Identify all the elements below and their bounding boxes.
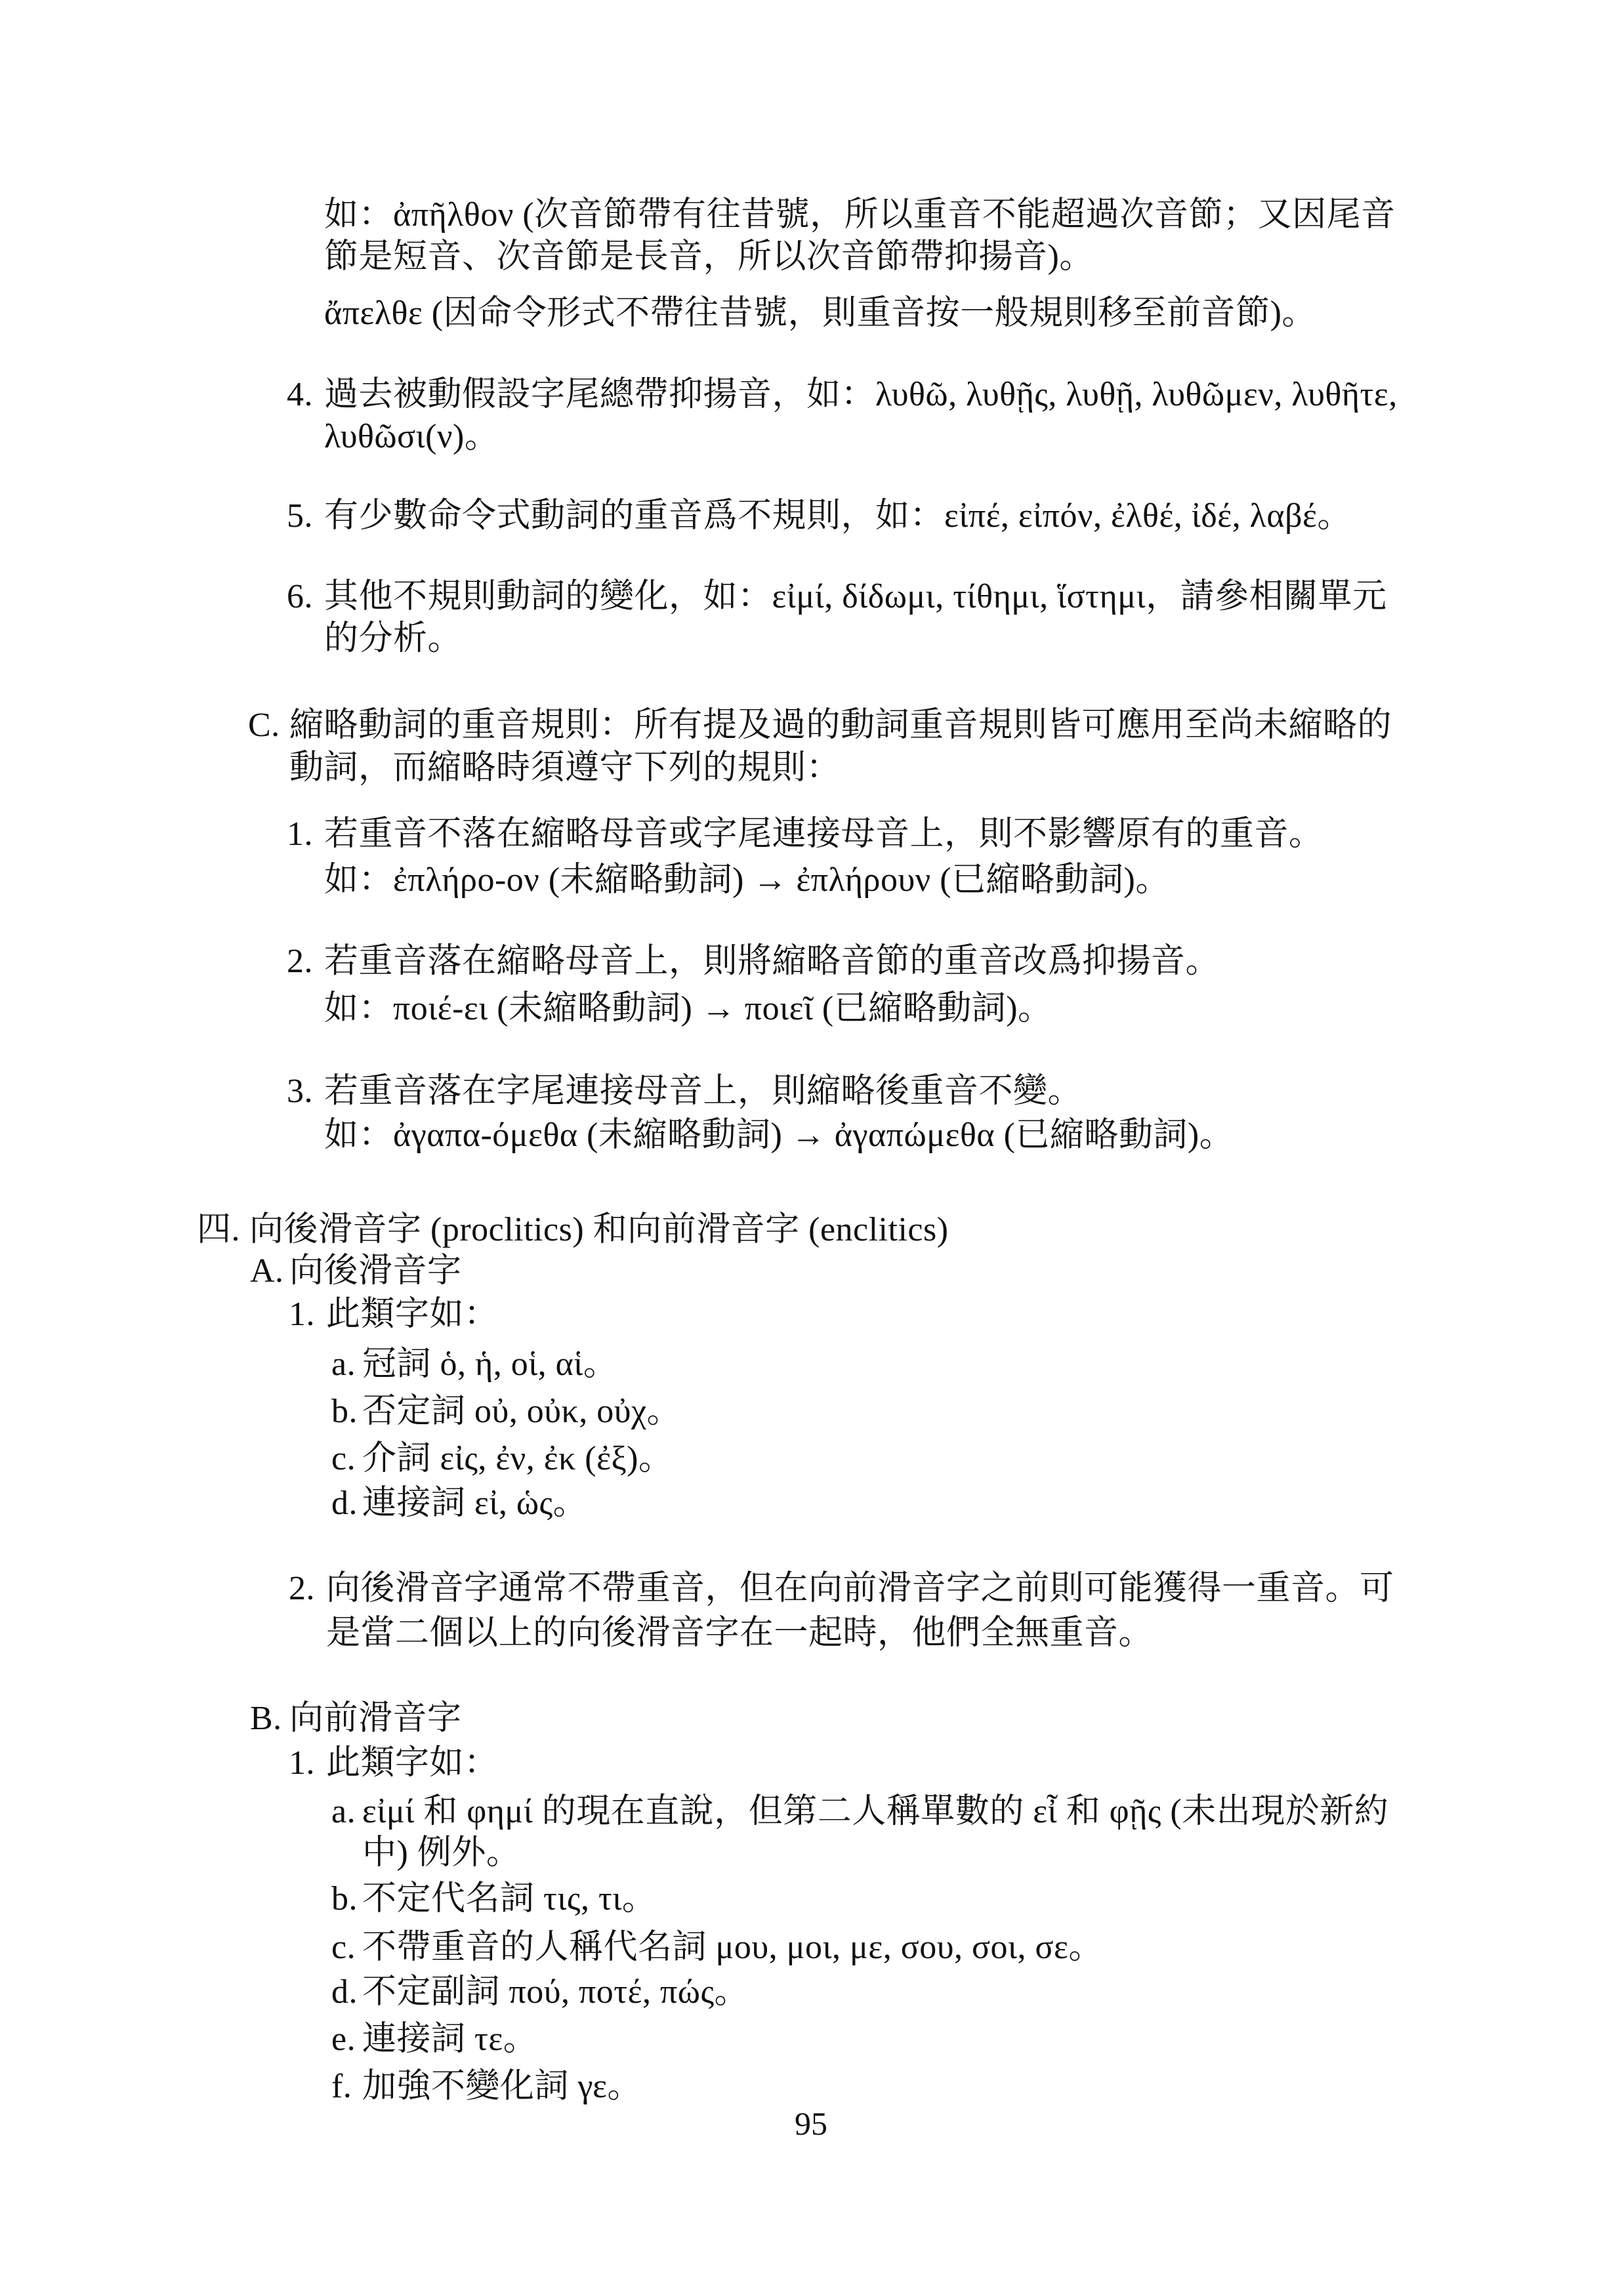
item-letter: b. — [331, 1391, 362, 1433]
item-number: 1. — [289, 1742, 326, 1784]
paragraph-text: 向後滑音字 — [289, 1252, 462, 1290]
item-number: 2. — [289, 1568, 326, 1610]
item-letter: a. — [331, 1791, 362, 1833]
list-item-4: 4.過去被動假設字尾總帶抑揚音，如：λυθῶ, λυθῇς, λυθῇ, λυθ… — [287, 374, 1398, 416]
paragraph-text: 動詞，而縮略時須遵守下列的規則： — [289, 749, 841, 787]
paragraph-text: 此類字如： — [326, 1296, 499, 1333]
section-label: B. — [250, 1698, 289, 1740]
item-number: 2. — [287, 941, 324, 983]
paragraph-text: 有少數命令式動詞的重音爲不規則，如：εἰπέ, εἰπόν, ἐλθέ, ἰδέ… — [324, 497, 1352, 535]
paragraph-text: 若重音不落在縮略母音或字尾連接母音上，則不影響原有的重音。 — [324, 815, 1323, 853]
paragraph-text: 連接詞 τε。 — [362, 2020, 537, 2058]
list-item-1: 1.此類字如： — [289, 1742, 499, 1784]
paragraph-text: 如：ἐπλήρο-ον (未縮略動詞) → ἐπλήρουν (已縮略動詞)。 — [324, 861, 1170, 899]
example-line: ἄπελθε (因命令形式不帶往昔號，則重音按一般規則移至前音節)。 — [324, 293, 1316, 335]
paragraph-text: 向前滑音字 — [289, 1700, 462, 1737]
paragraph-text: 連接詞 εἰ, ὡς。 — [362, 1485, 587, 1522]
item-number: 1. — [287, 813, 324, 855]
section-label: A. — [250, 1250, 289, 1292]
item-letter: d. — [331, 1971, 362, 2013]
paragraph-text: 向後滑音字 (proclitics) 和向前滑音字 (enclitics) — [249, 1211, 949, 1248]
list-item-5: 5.有少數命令式動詞的重音爲不規則，如：εἰπέ, εἰπόν, ἐλθέ, ἰ… — [287, 495, 1352, 537]
list-subitem-a-continued: 中) 例外。 — [362, 1832, 520, 1874]
example-line-continued: 節是短音、次音節是長音，所以次音節帶抑揚音)。 — [324, 236, 1094, 278]
paragraph-text: 其他不規則動詞的變化，如：εἰμί, δίδωμι, τίθημι, ἵστημ… — [324, 578, 1387, 615]
list-item-2-continued: 是當二個以上的向後滑音字在一起時，他們全無重音。 — [326, 1612, 1153, 1654]
paragraph-text: 介詞 εἰς, ἐν, ἐκ (ἐξ)。 — [362, 1440, 673, 1477]
paragraph-text: 如：ποιέ-ει (未縮略動詞) → ποιεῖ (已縮略動詞)。 — [324, 990, 1052, 1027]
list-item-4-continued: λυθῶσι(ν)。 — [324, 416, 499, 458]
paragraph-text: 向後滑音字通常不帶重音，但在向前滑音字之前則可能獲得一重音。可 — [326, 1570, 1394, 1607]
section-four-heading: 四.向後滑音字 (proclitics) 和向前滑音字 (enclitics) — [197, 1209, 949, 1251]
list-subitem-b: b.不定代名詞 τις, τι。 — [331, 1878, 656, 1920]
section-label: 四. — [197, 1209, 249, 1251]
example-line: 如：ἀπῆλθον (次音節帶有往昔號，所以重音不能超過次音節；又因尾音 — [324, 194, 1396, 236]
item-number: 3. — [287, 1071, 324, 1113]
paragraph-text: 若重音落在縮略母音上，則將縮略音節的重音改爲抑揚音。 — [324, 943, 1220, 980]
list-item-6: 6.其他不規則動詞的變化，如：εἰμί, δίδωμι, τίθημι, ἵστ… — [287, 576, 1387, 618]
paragraph-text: 加強不變化詞 γε。 — [362, 2068, 642, 2105]
paragraph-text: 如：ἀπῆλθον (次音節帶有往昔號，所以重音不能超過次音節；又因尾音 — [324, 196, 1396, 234]
list-subitem-c: c.不帶重音的人稱代名詞 μου, μοι, με, σου, σοι, σε。 — [331, 1927, 1103, 1969]
page-number: 95 — [787, 2102, 835, 2144]
document-page: 如：ἀπῆλθον (次音節帶有往昔號，所以重音不能超過次音節；又因尾音 節是短… — [0, 0, 1624, 2296]
paragraph-text: 過去被動假設字尾總帶抑揚音，如：λυθῶ, λυθῇς, λυθῇ, λυθῶμ… — [324, 376, 1398, 413]
item-number: 6. — [287, 576, 324, 618]
list-subitem-d: d.不定副詞 πού, ποτέ, πώς。 — [331, 1971, 749, 2013]
paragraph-text: λυθῶσι(ν)。 — [324, 418, 499, 455]
rule-item-2: 2.若重音落在縮略母音上，則將縮略音節的重音改爲抑揚音。 — [287, 941, 1220, 983]
item-letter: d. — [331, 1483, 362, 1525]
item-letter: a. — [331, 1343, 362, 1385]
paragraph-text: 節是短音、次音節是長音，所以次音節帶抑揚音)。 — [324, 238, 1094, 276]
list-subitem-b: b.否定詞 οὐ, οὐκ, οὐχ。 — [331, 1391, 681, 1433]
item-number: 5. — [287, 495, 324, 537]
paragraph-text: 縮略動詞的重音規則：所有提及過的動詞重音規則皆可應用至尚未縮略的 — [289, 707, 1392, 744]
paragraph-text: 此類字如： — [326, 1744, 499, 1782]
list-subitem-f: f.加強不變化詞 γε。 — [331, 2066, 642, 2108]
section-label: C. — [248, 705, 289, 747]
paragraph-text: 不定副詞 πού, ποτέ, πώς。 — [362, 1973, 749, 2011]
rule-item-1-example: 如：ἐπλήρο-ον (未縮略動詞) → ἐπλήρουν (已縮略動詞)。 — [324, 859, 1170, 901]
list-item-1: 1.此類字如： — [289, 1294, 499, 1336]
item-letter: c. — [331, 1438, 362, 1480]
subsection-a-heading: A.向後滑音字 — [250, 1250, 462, 1292]
paragraph-text: 如：ἀγαπα-όμεθα (未縮略動詞) → ἀγαπώμεθα (已縮略動詞… — [324, 1117, 1234, 1154]
list-subitem-e: e.連接詞 τε。 — [331, 2019, 537, 2060]
paragraph-text: 的分析。 — [324, 620, 462, 657]
rule-item-3-example: 如：ἀγαπα-όμεθα (未縮略動詞) → ἀγαπώμεθα (已縮略動詞… — [324, 1115, 1234, 1157]
paragraph-text: 否定詞 οὐ, οὐκ, οὐχ。 — [362, 1393, 681, 1430]
paragraph-text: 冠詞 ὁ, ἡ, οἱ, αἱ。 — [362, 1345, 617, 1383]
list-item-2: 2.向後滑音字通常不帶重音，但在向前滑音字之前則可能獲得一重音。可 — [289, 1568, 1394, 1610]
list-item-6-continued: 的分析。 — [324, 618, 462, 660]
paragraph-text: 不帶重音的人稱代名詞 μου, μοι, με, σου, σοι, σε。 — [362, 1929, 1103, 1966]
rule-item-1: 1.若重音不落在縮略母音或字尾連接母音上，則不影響原有的重音。 — [287, 813, 1323, 855]
subsection-b-heading: B.向前滑音字 — [250, 1698, 462, 1740]
rule-item-2-example: 如：ποιέ-ει (未縮略動詞) → ποιεῖ (已縮略動詞)。 — [324, 988, 1052, 1030]
paragraph-text: 是當二個以上的向後滑音字在一起時，他們全無重音。 — [326, 1614, 1153, 1652]
paragraph-text: ἄπελθε (因命令形式不帶往昔號，則重音按一般規則移至前音節)。 — [324, 295, 1316, 332]
item-letter: b. — [331, 1878, 362, 1920]
paragraph-text: 中) 例外。 — [362, 1834, 520, 1872]
item-number: 1. — [289, 1294, 326, 1336]
rule-item-3: 3.若重音落在字尾連接母音上，則縮略後重音不變。 — [287, 1071, 1082, 1113]
list-subitem-c: c.介詞 εἰς, ἐν, ἐκ (ἐξ)。 — [331, 1438, 673, 1480]
item-letter: c. — [331, 1927, 362, 1969]
item-letter: f. — [331, 2066, 362, 2108]
paragraph-text: 若重音落在字尾連接母音上，則縮略後重音不變。 — [324, 1073, 1082, 1110]
list-subitem-d: d.連接詞 εἰ, ὡς。 — [331, 1483, 587, 1525]
paragraph-text: 不定代名詞 τις, τι。 — [362, 1880, 656, 1917]
section-c-heading-continued: 動詞，而縮略時須遵守下列的規則： — [289, 747, 841, 789]
list-subitem-a: a.冠詞 ὁ, ἡ, οἱ, αἱ。 — [331, 1343, 617, 1385]
section-c-heading: C.縮略動詞的重音規則：所有提及過的動詞重音規則皆可應用至尚未縮略的 — [248, 705, 1392, 747]
item-number: 4. — [287, 374, 324, 416]
list-subitem-a: a.εἰμί 和 φημί 的現在直說，但第二人稱單數的 εἶ 和 φῇς (未… — [331, 1791, 1388, 1833]
paragraph-text: εἰμί 和 φημί 的現在直說，但第二人稱單數的 εἶ 和 φῇς (未出現… — [362, 1793, 1388, 1830]
item-letter: e. — [331, 2019, 362, 2060]
